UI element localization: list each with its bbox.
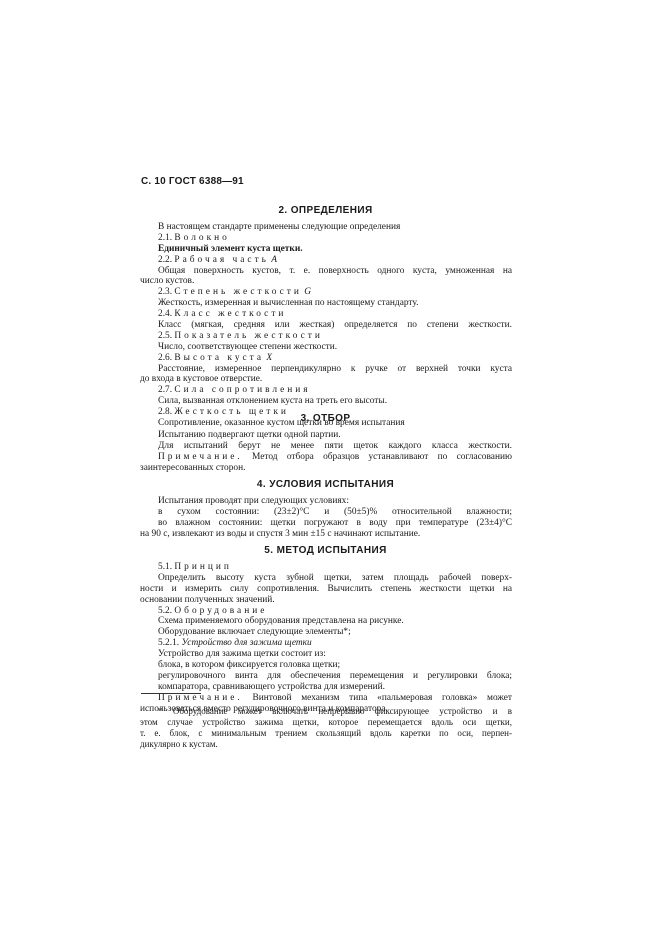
term-heading: 2.1. Волокно	[140, 233, 512, 244]
footnote-line: т. е. блок, с минимальным трением скольз…	[140, 728, 512, 739]
paragraph-line: ности и измерить силу сопротивления. Выч…	[140, 584, 512, 595]
paragraph-line: блока, в котором фиксируется головка щет…	[140, 660, 512, 671]
footnote-divider	[141, 693, 201, 694]
paragraph-line: Схема применяемого оборудования представ…	[140, 616, 512, 627]
term-heading: 2.3. Степень жесткости G	[140, 287, 512, 298]
note-line: Примечание. Винтовой механизм типа «паль…	[140, 693, 512, 704]
footnote-line: этом случае устройство зажима щетки, кот…	[140, 717, 512, 728]
term-definition: Жесткость, измеренная и вычисленная по н…	[140, 298, 512, 309]
paragraph-line: в сухом состоянии: (23±2)°С и (50±5)% от…	[140, 507, 512, 518]
term-definition: Расстояние, измеренное перпендикулярно к…	[140, 364, 512, 375]
section-5-title: 5. МЕТОД ИСПЫТАНИЯ	[140, 545, 511, 556]
paragraph-line: на 90 с, извлекают из воды и спустя 3 ми…	[140, 529, 512, 540]
paragraph-line: Устройство для зажима щетки состоит из:	[140, 649, 512, 660]
note-line: Примечание. Метод отбора образцов устана…	[140, 452, 512, 463]
note-line: заинтересованных сторон.	[140, 463, 512, 474]
section-4-body: Испытания проводят при следующих условия…	[140, 496, 512, 540]
footnote-line: дикулярно к кустам.	[140, 739, 512, 750]
subsection-heading: 5.2. Оборудование	[140, 606, 512, 617]
paragraph-line: Оборудование включает следующие элементы…	[140, 627, 512, 638]
paragraph-line: регулировочного винта для обеспечения пе…	[140, 671, 512, 682]
paragraph-line: Для испытаний берут не менее пяти щеток …	[140, 441, 512, 452]
section-2-title: 2. ОПРЕДЕЛЕНИЯ	[140, 205, 511, 216]
term-definition: Единичный элемент куста щетки.	[140, 244, 512, 255]
subsection-heading: 5.2.1. Устройство для зажима щетки	[140, 638, 512, 649]
paragraph-line: Определить высоту куста зубной щетки, за…	[140, 573, 512, 584]
footnote-line: * Оборудование может включать непрерывно…	[140, 706, 512, 717]
paragraph-line: Испытания проводят при следующих условия…	[140, 496, 512, 507]
term-definition: Общая поверхность кустов, т. е. поверхно…	[140, 266, 512, 277]
term-heading: 2.7. Сила сопротивления	[140, 385, 512, 396]
paragraph-line: Испытанию подвергают щетки одной партии.	[140, 430, 512, 441]
term-definition: Сила, вызванная отклонением куста на тре…	[140, 396, 512, 407]
term-definition: Число, соответствующее степени жесткости…	[140, 342, 512, 353]
section-3-body: Испытанию подвергают щетки одной партии.…	[140, 430, 512, 474]
term-heading: 2.6. Высота куста X	[140, 353, 512, 364]
section-2-body: В настоящем стандарте применены следующи…	[140, 222, 512, 429]
section-5-body: 5.1. Принцип Определить высоту куста зуб…	[140, 562, 512, 714]
term-heading: 2.2. Рабочая часть A	[140, 255, 512, 266]
term-heading: 2.4. Класс жесткости	[140, 309, 512, 320]
page-header: С. 10 ГОСТ 6388—91	[141, 176, 244, 187]
footnote: * Оборудование может включать непрерывно…	[140, 706, 512, 750]
term-definition: до входа в кустовое отверстие.	[140, 374, 512, 385]
section-4-title: 4. УСЛОВИЯ ИСПЫТАНИЯ	[140, 479, 511, 490]
paragraph-line: основании полученных значений.	[140, 595, 512, 606]
intro: В настоящем стандарте применены следующи…	[140, 222, 512, 233]
term-definition: Класс (мягкая, средняя или жесткая) опре…	[140, 320, 512, 331]
subsection-heading: 5.1. Принцип	[140, 562, 512, 573]
paragraph-line: компаратора, сравнивающего устройства дл…	[140, 682, 512, 693]
term-definition: число кустов.	[140, 276, 512, 287]
term-heading: 2.5. Показатель жесткости	[140, 331, 512, 342]
paragraph-line: во влажном состоянии: щетки погружают в …	[140, 518, 512, 529]
section-3-title: 3. ОТБОР	[140, 413, 511, 424]
